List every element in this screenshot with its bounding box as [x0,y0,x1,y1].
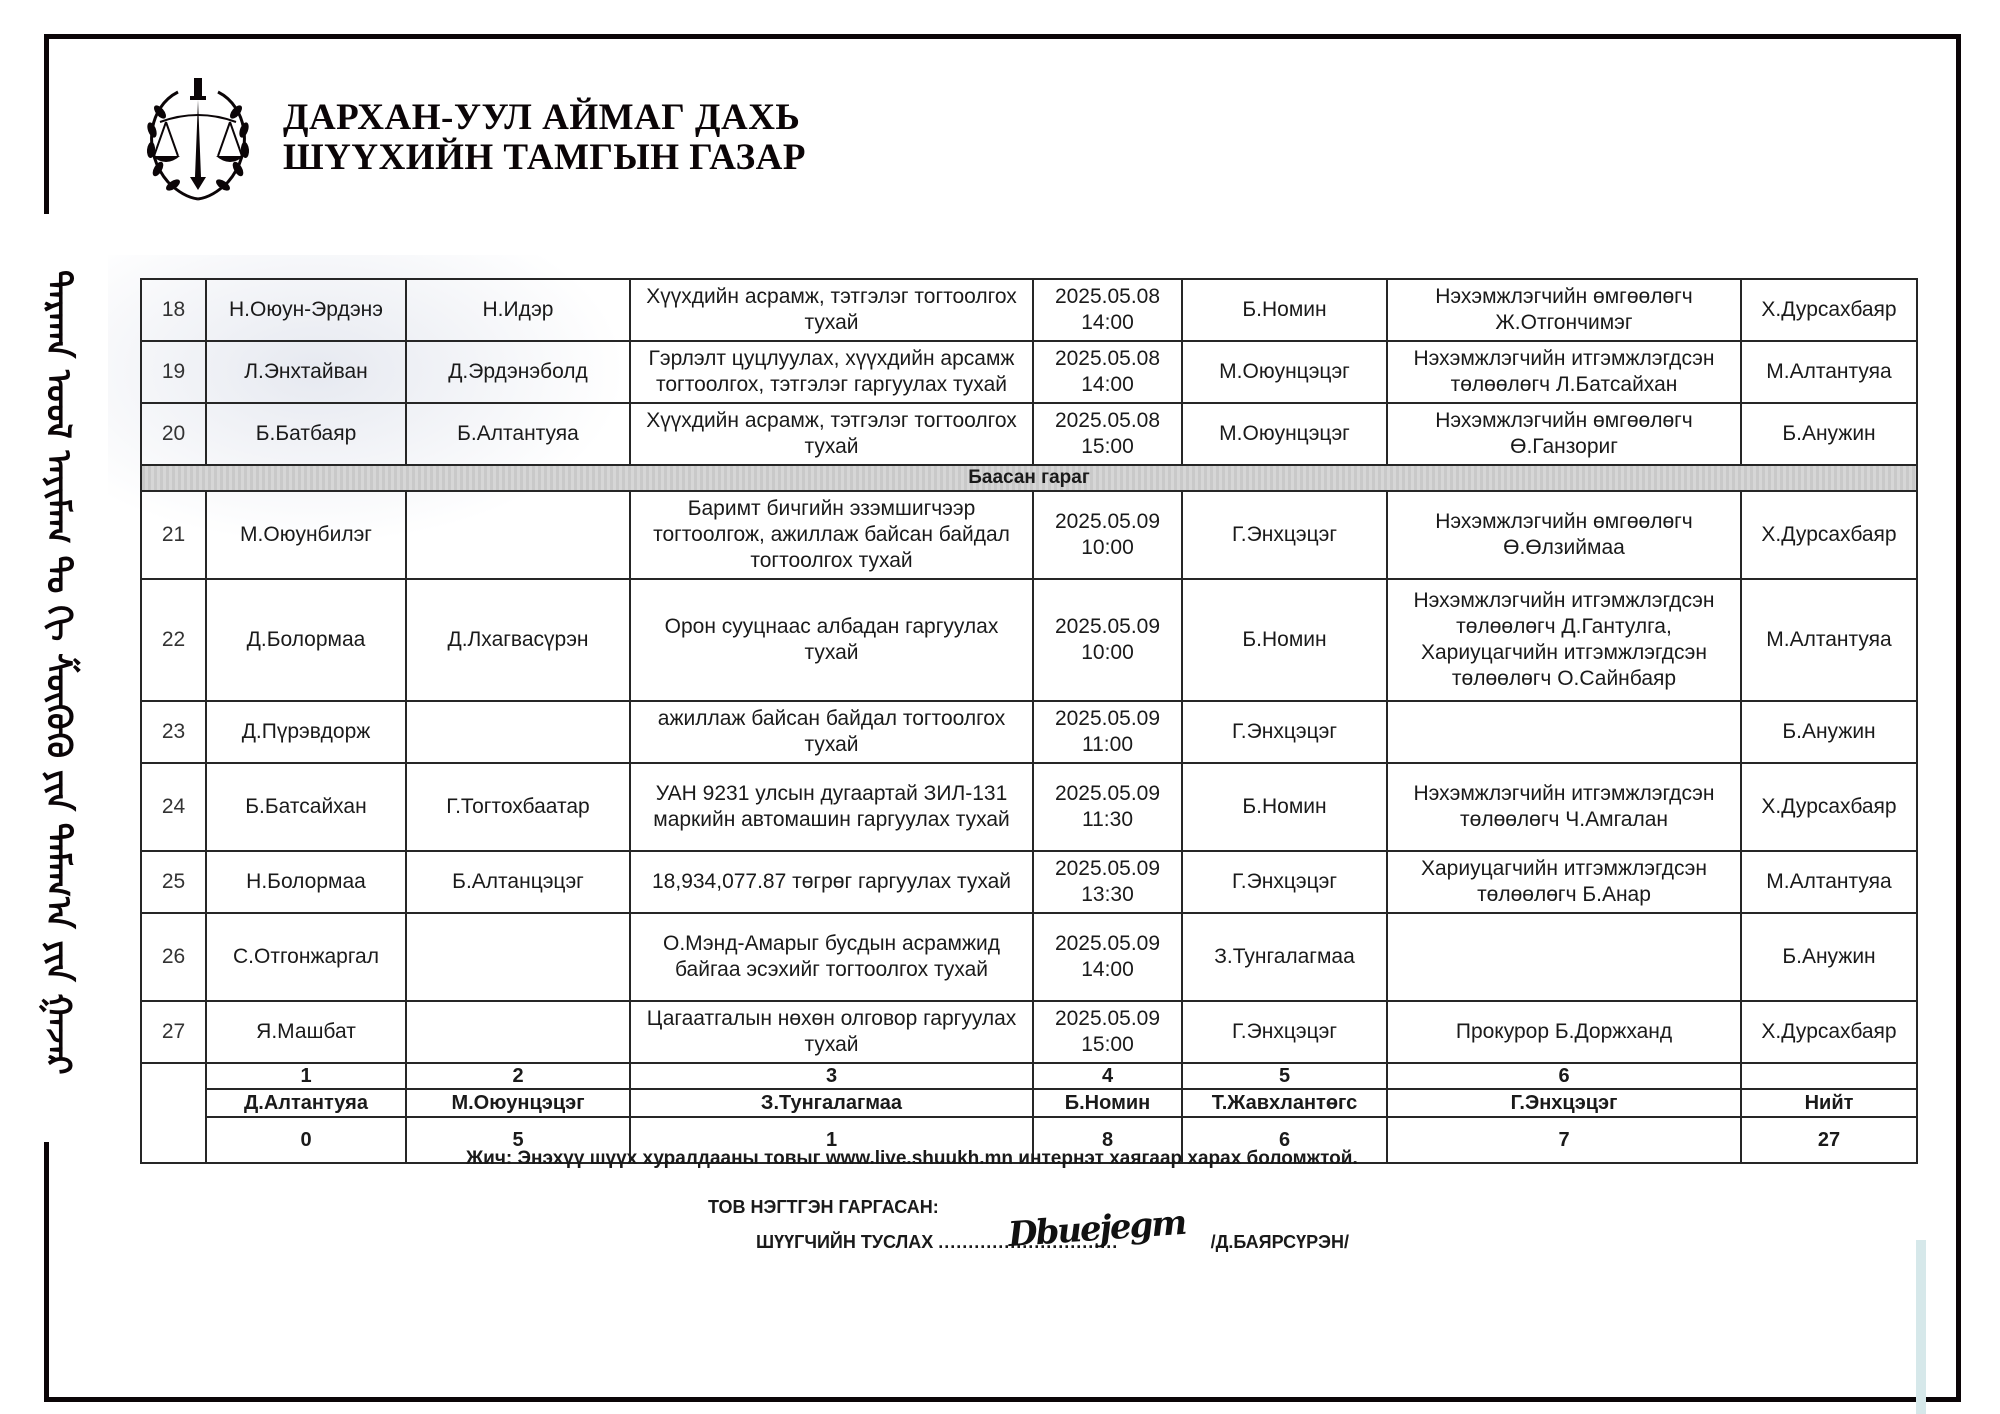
summary-judge-name: М.Оюунцэцэг [406,1089,630,1117]
summary-total-count: 27 [1741,1117,1917,1163]
cell-plaintiff: Б.Батбаяр [206,403,406,465]
cell-defendant: Г.Тогтохбаатар [406,763,630,851]
cell-time: 14:00 [1038,310,1177,336]
frame-left-border-bottom [44,1142,49,1397]
cell-plaintiff: Я.Машбат [206,1001,406,1063]
cell-datetime: 2025.05.0913:30 [1033,851,1182,913]
cell-date: 2025.05.08 [1038,346,1177,372]
cell-claim: ажиллаж байсан байдал тогтоолгох тухай [630,701,1033,763]
cell-no: 20 [141,403,206,465]
cell-time: 10:00 [1038,535,1177,561]
cell-date: 2025.05.09 [1038,931,1177,957]
mongolian-script-title: ᠳᠠᠷᠬᠠᠨ ᠤᠤᠯ ᠠᠶᠢᠮᠠᠭ ᠲᠤ ᠬᠢ ᠱᠦᠭᠦᠬᠦ ᠶᠢᠨ ᠲᠠᠮᠠᠭ… [38,205,78,1140]
cell-time: 14:00 [1038,372,1177,398]
cell-defendant [406,1001,630,1063]
cell-time: 14:00 [1038,957,1177,983]
summary-judge-name: З.Тунгалагмаа [630,1089,1033,1117]
cell-defendant [406,913,630,1001]
rows-thursday: 18Н.Оюун-ЭрдэнэН.ИдэрХүүхдийн асрамж, тэ… [141,279,1917,465]
cell-no: 18 [141,279,206,341]
cell-secretary: М.Алтантуяа [1741,579,1917,701]
cell-participants [1387,913,1741,1001]
cell-time: 10:00 [1038,640,1177,666]
cell-judge: З.Тунгалагмаа [1182,913,1387,1001]
summary-index: 2 [406,1063,630,1089]
cell-claim: 18,934,077.87 төгрөг гаргуулах тухай [630,851,1033,913]
cell-no: 25 [141,851,206,913]
cell-no: 24 [141,763,206,851]
cell-plaintiff: Н.Оюун-Эрдэнэ [206,279,406,341]
cell-judge: Б.Номин [1182,279,1387,341]
cell-claim: УАН 9231 улсын дугаартай ЗИЛ-131 маркийн… [630,763,1033,851]
cell-defendant: Б.Алтанцэцэг [406,851,630,913]
summary-names-row: Д.Алтантуяа М.Оюунцэцэг З.Тунгалагмаа Б.… [141,1089,1917,1117]
cell-secretary: Х.Дурсахбаяр [1741,491,1917,579]
cell-claim: О.Мэнд-Амарыг бусдын асрамжид байгаа эсэ… [630,913,1033,1001]
day-label: Баасан гараг [141,465,1917,491]
cell-date: 2025.05.09 [1038,856,1177,882]
summary-index: 3 [630,1063,1033,1089]
hearing-row: 23Д.Пүрэвдоржажиллаж байсан байдал тогто… [141,701,1917,763]
cell-participants: Нэхэмжлэгчийн итгэмжлэгдсэн төлөөлөгч Л.… [1387,341,1741,403]
org-title-line2: ШҮҮХИЙН ТАМГЫН ГАЗАР [283,138,806,178]
cell-datetime: 2025.05.0911:00 [1033,701,1182,763]
cell-secretary: Х.Дурсахбаяр [1741,279,1917,341]
cell-plaintiff: Б.Батсайхан [206,763,406,851]
hearing-row: 27Я.МашбатЦагаатгалын нөхөн олговор гарг… [141,1001,1917,1063]
org-title: ДАРХАН-УУЛ АЙМАГ ДАХЬ ШҮҮХИЙН ТАМГЫН ГАЗ… [283,98,806,178]
cell-datetime: 2025.05.0814:00 [1033,341,1182,403]
cell-secretary: М.Алтантуяа [1741,851,1917,913]
summary-index-blank [1741,1063,1917,1089]
summary-judge-name: Д.Алтантуяа [206,1089,406,1117]
cell-plaintiff: Д.Болормаа [206,579,406,701]
cell-secretary: Х.Дурсахбаяр [1741,1001,1917,1063]
role-label: ШҮҮГЧИЙН ТУСЛАХ [756,1232,933,1252]
cell-date: 2025.05.09 [1038,509,1177,535]
cell-participants: Прокурор Б.Доржханд [1387,1001,1741,1063]
cell-datetime: 2025.05.0910:00 [1033,579,1182,701]
cell-time: 15:00 [1038,1032,1177,1058]
cell-date: 2025.05.08 [1038,408,1177,434]
summary-index: 6 [1387,1063,1741,1089]
cell-defendant: Н.Идэр [406,279,630,341]
cell-claim: Баримт бичгийн эзэмшигчээр тогтоолгож, а… [630,491,1033,579]
cell-participants: Нэхэмжлэгчийн өмгөөлөгч Ө.Өлзиймаа [1387,491,1741,579]
cell-secretary: Б.Анужин [1741,403,1917,465]
cell-claim: Гэрлэлт цуцлуулах, хүүхдийн арсамж тогто… [630,341,1033,403]
signature-block: ТОВ НЭГТГЭН ГАРГАСАН: ШҮҮГЧИЙН ТУСЛАХ ..… [708,1192,1349,1257]
cell-participants: Нэхэмжлэгчийн итгэмжлэгдсэн төлөөлөгч Д.… [1387,579,1741,701]
cell-judge: Г.Энхцэцэг [1182,851,1387,913]
hearing-schedule-table: 18Н.Оюун-ЭрдэнэН.ИдэрХүүхдийн асрамж, тэ… [140,278,1918,1164]
cell-datetime: 2025.05.0911:30 [1033,763,1182,851]
hearing-row: 22Д.БолормааД.ЛхагвасүрэнОрон сууцнаас а… [141,579,1917,701]
cell-judge: Б.Номин [1182,763,1387,851]
cell-participants: Нэхэмжлэгчийн итгэмжлэгдсэн төлөөлөгч Ч.… [1387,763,1741,851]
cell-claim: Орон сууцнаас албадан гаргуулах тухай [630,579,1033,701]
summary-blank-cell [141,1063,206,1163]
cell-plaintiff: С.Отгонжаргал [206,913,406,1001]
summary-index: 1 [206,1063,406,1089]
cell-datetime: 2025.05.0815:00 [1033,403,1182,465]
cell-defendant: Б.Алтантуяа [406,403,630,465]
scales-of-justice-emblem-icon [138,72,258,204]
cell-plaintiff: Н.Болормаа [206,851,406,913]
cell-judge: М.Оюунцэцэг [1182,341,1387,403]
cell-date: 2025.05.09 [1038,781,1177,807]
cell-judge: Г.Энхцэцэг [1182,1001,1387,1063]
cell-defendant: Д.Лхагвасүрэн [406,579,630,701]
cell-secretary: Б.Анужин [1741,701,1917,763]
cell-date: 2025.05.09 [1038,614,1177,640]
cell-judge: М.Оюунцэцэг [1182,403,1387,465]
footnote: Жич: Энэхүү шүүх хуралдааны товыг www.li… [466,1148,1358,1170]
summary-total-label: Нийт [1741,1089,1917,1117]
hearing-row: 18Н.Оюун-ЭрдэнэН.ИдэрХүүхдийн асрамж, тэ… [141,279,1917,341]
cell-time: 11:30 [1038,807,1177,833]
hearing-row: 24Б.БатсайханГ.ТогтохбаатарУАН 9231 улсы… [141,763,1917,851]
cell-defendant [406,491,630,579]
cell-no: 23 [141,701,206,763]
cell-time: 13:30 [1038,882,1177,908]
cell-judge: Г.Энхцэцэг [1182,491,1387,579]
cell-time: 11:00 [1038,732,1177,758]
hearing-row: 21М.ОюунбилэгБаримт бичгийн эзэмшигчээр … [141,491,1917,579]
cell-secretary: Б.Анужин [1741,913,1917,1001]
signer-line: ШҮҮГЧИЙН ТУСЛАХ ........................… [708,1222,1349,1257]
cell-claim: Цагаатгалын нөхөн олговор гаргуулах туха… [630,1001,1033,1063]
cell-no: 27 [141,1001,206,1063]
summary-judge-name: Б.Номин [1033,1089,1182,1117]
summary-judge-name: Т.Жавхлантөгс [1182,1089,1387,1117]
cell-plaintiff: Д.Пүрэвдорж [206,701,406,763]
cell-datetime: 2025.05.0914:00 [1033,913,1182,1001]
hearing-row: 20Б.БатбаярБ.АлтантуяаХүүхдийн асрамж, т… [141,403,1917,465]
hearing-row: 26С.ОтгонжаргалО.Мэнд-Амарыг бусдын асра… [141,913,1917,1001]
cell-datetime: 2025.05.0910:00 [1033,491,1182,579]
cell-plaintiff: М.Оюунбилэг [206,491,406,579]
frame-left-border-top [44,34,49,214]
cell-date: 2025.05.09 [1038,1006,1177,1032]
scan-artifact-band [1916,1240,1926,1414]
cell-claim: Хүүхдийн асрамж, тэтгэлэг тогтоолгох тух… [630,279,1033,341]
cell-date: 2025.05.08 [1038,284,1177,310]
handwritten-signature: Dbuejegm [1007,1208,1186,1250]
hearing-row: 25Н.БолормааБ.Алтанцэцэг18,934,077.87 тө… [141,851,1917,913]
summary-index-row: 1 2 3 4 5 6 [141,1063,1917,1089]
cell-participants: Нэхэмжлэгчийн өмгөөлөгч Ө.Ганзориг [1387,403,1741,465]
cell-judge: Г.Энхцэцэг [1182,701,1387,763]
cell-defendant: Д.Эрдэнэболд [406,341,630,403]
summary-index: 5 [1182,1063,1387,1089]
cell-plaintiff: Л.Энхтайван [206,341,406,403]
cell-no: 26 [141,913,206,1001]
cell-claim: Хүүхдийн асрамж, тэтгэлэг тогтоолгох тух… [630,403,1033,465]
signer-name: /Д.БАЯРСҮРЭН/ [1211,1232,1349,1252]
cell-date: 2025.05.09 [1038,706,1177,732]
rows-friday: 21М.ОюунбилэгБаримт бичгийн эзэмшигчээр … [141,491,1917,1063]
cell-secretary: Х.Дурсахбаяр [1741,763,1917,851]
cell-no: 22 [141,579,206,701]
summary-judge-count: 0 [206,1117,406,1163]
cell-no: 21 [141,491,206,579]
day-separator-row: Баасан гараг [141,465,1917,491]
cell-time: 15:00 [1038,434,1177,460]
cell-secretary: М.Алтантуяа [1741,341,1917,403]
cell-participants [1387,701,1741,763]
cell-participants: Хариуцагчийн итгэмжлэгдсэн төлөөлөгч Б.А… [1387,851,1741,913]
cell-datetime: 2025.05.0915:00 [1033,1001,1182,1063]
hearing-row: 19Л.ЭнхтайванД.ЭрдэнэболдГэрлэлт цуцлуул… [141,341,1917,403]
cell-judge: Б.Номин [1182,579,1387,701]
cell-participants: Нэхэмжлэгчийн өмгөөлөгч Ж.Отгончимэг [1387,279,1741,341]
org-title-line1: ДАРХАН-УУЛ АЙМАГ ДАХЬ [283,98,806,138]
summary-judge-name: Г.Энхцэцэг [1387,1089,1741,1117]
summary-judge-count: 7 [1387,1117,1741,1163]
summary-index: 4 [1033,1063,1182,1089]
cell-defendant [406,701,630,763]
cell-datetime: 2025.05.0814:00 [1033,279,1182,341]
cell-no: 19 [141,341,206,403]
